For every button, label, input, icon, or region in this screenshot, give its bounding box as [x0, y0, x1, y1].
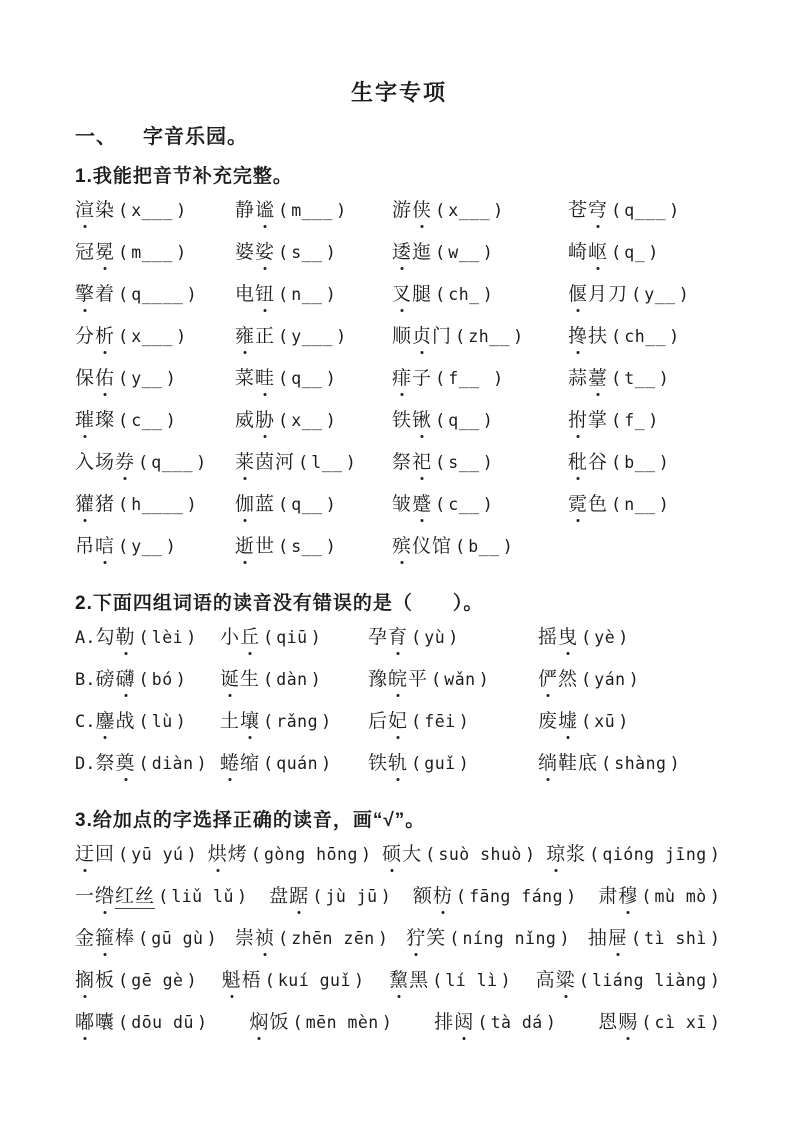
word-item: 擎着(q____) — [75, 282, 235, 307]
word-char: 额 — [413, 884, 433, 908]
q1-label: 1.我能把音节补充完整。 — [75, 165, 723, 188]
word-text: 搁板 — [75, 969, 115, 991]
close-paren: ) — [323, 537, 339, 557]
word-char: 盘 — [269, 884, 289, 908]
open-paren: ( — [429, 971, 445, 991]
word-item: 诞生(dàn) — [220, 667, 368, 692]
pinyin-blank: l__ — [311, 453, 342, 472]
close-paren: ) — [498, 971, 514, 991]
word-char: 肃 — [598, 884, 618, 908]
open-paren: ( — [586, 845, 602, 865]
word-char: 粱 — [556, 968, 576, 992]
close-paren: ) — [183, 285, 199, 305]
word-text: 蒜薹 — [568, 367, 608, 389]
open-paren: ( — [115, 243, 131, 263]
word-text: 莱茵河 — [235, 451, 295, 473]
open-paren: ( — [136, 628, 152, 648]
word-char: 丘 — [240, 625, 260, 649]
word-text: 吊唁 — [75, 535, 115, 557]
word-char: 棒 — [115, 926, 135, 950]
word-char: 回 — [95, 842, 115, 866]
open-paren: ( — [608, 369, 624, 389]
word-item: 抽屉(tì shì) — [588, 926, 723, 951]
pinyin-blank: x___ — [131, 201, 173, 220]
word-item: 祭祀(s__) — [392, 450, 568, 475]
open-paren: ( — [115, 285, 131, 305]
word-text: 俨然 — [538, 668, 578, 690]
word-text: 顺贞门 — [392, 325, 452, 347]
option-letter: C. — [75, 712, 95, 732]
word-text: 磅礴 — [95, 668, 135, 690]
word-text: 祭祀 — [392, 451, 432, 473]
close-paren: ) — [445, 628, 461, 648]
pinyin-blank: w__ — [448, 243, 479, 262]
open-paren: ( — [608, 453, 624, 473]
close-paren: ) — [666, 754, 682, 774]
word-text: 雍正 — [235, 325, 275, 347]
word-text: 小丘 — [220, 626, 260, 648]
word-text: 保佑 — [75, 367, 115, 389]
q3-row: 搁板(gē gè)魁梧(kuí guǐ)黧黑(lí lì)高粱(liáng li… — [75, 968, 723, 1010]
word-char: 掌 — [588, 408, 608, 432]
open-paren: ( — [136, 754, 152, 774]
q2-option-row: B.磅礴(bó)诞生(dàn)豫皖平(wǎn)俨然(yán) — [75, 667, 723, 709]
open-paren: ( — [578, 712, 594, 732]
word-item: 高粱(liáng liàng) — [536, 968, 723, 993]
word-char: 搀 — [568, 324, 588, 348]
word-item: D.祭奠(diàn) — [75, 751, 220, 776]
word-char: 吊 — [75, 534, 95, 558]
word-item: 吊唁(y__) — [75, 534, 235, 559]
open-paren: ( — [275, 285, 291, 305]
word-char: 月 — [588, 282, 608, 306]
word-char: 雍 — [235, 324, 255, 348]
close-paren: ) — [480, 243, 496, 263]
open-paren: ( — [432, 369, 448, 389]
word-item: 黧黑(lí lì) — [389, 968, 514, 993]
open-paren: ( — [608, 411, 624, 431]
open-paren: ( — [275, 929, 291, 949]
word-text: 琼浆 — [546, 843, 586, 865]
word-char: 摇 — [538, 625, 558, 649]
word-char: 孕 — [368, 625, 388, 649]
close-paren: ) — [480, 453, 496, 473]
close-paren: ) — [163, 411, 179, 431]
open-paren: ( — [432, 201, 448, 221]
word-char: 莱 — [235, 450, 255, 474]
open-paren: ( — [275, 495, 291, 515]
close-paren: ) — [194, 754, 210, 774]
pinyin-blank: yū yú — [131, 845, 183, 864]
word-text: 焖饭 — [249, 1011, 289, 1033]
word-item: 额枋(fāng fáng) — [413, 884, 579, 909]
word-text: 盘踞 — [269, 885, 309, 907]
word-text: 摇曳 — [538, 626, 578, 648]
open-paren: ( — [432, 495, 448, 515]
word-item: 搀扶(ch__) — [568, 324, 723, 349]
word-char: 黧 — [389, 968, 409, 992]
word-text: 迂回 — [75, 843, 115, 865]
pinyin-blank: s__ — [291, 243, 322, 262]
word-item: 殡仪馆(b__) — [392, 534, 568, 559]
pinyin-blank: kuí guǐ — [278, 971, 351, 990]
word-text: 拊掌 — [568, 409, 608, 431]
open-paren: ( — [446, 929, 462, 949]
word-text: 废墟 — [538, 710, 578, 732]
word-text: 肃穆 — [598, 885, 638, 907]
close-paren: ) — [480, 285, 496, 305]
word-text: 婆娑 — [235, 241, 275, 263]
open-paren: ( — [428, 670, 444, 690]
word-char: 苍 — [568, 198, 588, 222]
pinyin-blank: x___ — [448, 201, 490, 220]
word-item: 崎岖(q_) — [568, 240, 723, 265]
q2-option-row: D.祭奠(diàn)蜷缩(quán)铁轨(guǐ)绱鞋底(shàng) — [75, 751, 723, 793]
word-text: 叉腿 — [392, 283, 432, 305]
word-char: 奠 — [116, 751, 136, 775]
word-char: 祭 — [95, 751, 115, 775]
word-char: 逝 — [235, 534, 255, 558]
close-paren: ) — [323, 411, 339, 431]
word-char: 铁 — [392, 408, 412, 432]
word-char: 枋 — [433, 884, 453, 908]
word-text: 孕育 — [368, 626, 408, 648]
word-char: 璨 — [95, 408, 115, 432]
pinyin-blank: gē gè — [131, 971, 183, 990]
q1-row: 擎着(q____)电钮(n__)叉腿(ch_)偃月刀(y__) — [75, 282, 723, 324]
word-text: 霓色 — [568, 493, 608, 515]
word-text: 魁梧 — [222, 969, 262, 991]
close-paren: ) — [615, 712, 631, 732]
q1-row: 入场券(q___)莱茵河(l__)祭祀(s__)秕谷(b__) — [75, 450, 723, 492]
close-paren: ) — [510, 327, 526, 347]
word-item: 一绺红丝(liǔ lǔ) — [75, 884, 250, 909]
pinyin-blank: diàn — [152, 754, 194, 773]
word-char: 伽 — [235, 492, 255, 516]
word-text: 后妃 — [368, 710, 408, 732]
word-item: 苍穹(q___) — [568, 198, 723, 223]
word-item: 雍正(y___) — [235, 324, 392, 349]
word-item: 逶迤(w__) — [392, 240, 568, 265]
pinyin-blank: jù jū — [325, 887, 377, 906]
word-char: 高 — [536, 968, 556, 992]
word-char: 威 — [235, 408, 255, 432]
word-char: 笑 — [426, 926, 446, 950]
word-char: 育 — [388, 625, 408, 649]
close-paren: ) — [543, 1013, 559, 1033]
word-char: 保 — [75, 366, 95, 390]
open-paren: ( — [432, 243, 448, 263]
word-text: 一绺红丝 — [75, 885, 155, 907]
pinyin-blank: f_ — [624, 411, 645, 430]
pinyin-blank: bó — [152, 670, 173, 689]
word-item: 蜷缩(quán) — [220, 751, 368, 776]
open-paren: ( — [275, 411, 291, 431]
word-item: 废墟(xū) — [538, 709, 723, 734]
word-text: 璀璨 — [75, 409, 115, 431]
close-paren: ) — [333, 201, 349, 221]
word-char: 刀 — [608, 282, 628, 306]
word-char: 抽 — [588, 926, 608, 950]
word-char: 胁 — [255, 408, 275, 432]
open-paren: ( — [115, 971, 131, 991]
word-item: A.勾勒(lèi) — [75, 625, 220, 650]
pinyin-blank: gū gù — [151, 929, 203, 948]
pinyin-blank: t__ — [624, 369, 655, 388]
pinyin-blank: y__ — [644, 285, 675, 304]
word-char: 薹 — [588, 366, 608, 390]
open-paren: ( — [260, 628, 276, 648]
close-paren: ) — [656, 369, 672, 389]
open-paren: ( — [115, 369, 131, 389]
word-char: 丝 — [135, 884, 155, 909]
word-item: 迂回(yū yú) — [75, 842, 200, 867]
q1-row: 保佑(y__)菜畦(q__)痱子(f__ )蒜薹(t__) — [75, 366, 723, 408]
pinyin-blank: s__ — [448, 453, 479, 472]
word-item: 静谧(m___) — [235, 198, 392, 223]
open-paren: ( — [260, 754, 276, 774]
word-char: 底 — [578, 751, 598, 775]
word-char: 蓝 — [255, 492, 275, 516]
open-paren: ( — [408, 628, 424, 648]
word-char: 子 — [412, 366, 432, 390]
word-item: 菜畦(q__) — [235, 366, 392, 391]
word-char: 梧 — [242, 968, 262, 992]
open-paren: ( — [628, 285, 644, 305]
word-text: 菜畦 — [235, 367, 275, 389]
word-text: 逶迤 — [392, 241, 432, 263]
word-char: 勒 — [116, 625, 136, 649]
word-item: 逝世(s__) — [235, 534, 392, 559]
word-char: 焖 — [249, 1010, 269, 1034]
word-text: 土壤 — [220, 710, 260, 732]
pinyin-blank: b__ — [624, 453, 655, 472]
word-char: 逶 — [392, 240, 412, 264]
word-char: 场 — [95, 450, 115, 474]
open-paren: ( — [608, 495, 624, 515]
word-text: 痱子 — [392, 367, 432, 389]
word-text: 苍穹 — [568, 199, 608, 221]
pinyin-blank: q___ — [151, 453, 193, 472]
open-paren: ( — [638, 887, 654, 907]
pinyin-blank: cì xī — [655, 1013, 707, 1032]
word-text: 排闼 — [434, 1011, 474, 1033]
pinyin-blank: c__ — [448, 495, 479, 514]
open-paren: ( — [135, 453, 151, 473]
word-item: 俨然(yán) — [538, 667, 723, 692]
open-paren: ( — [115, 495, 131, 515]
open-paren: ( — [248, 845, 264, 865]
word-char: 恩 — [598, 1010, 618, 1034]
word-char: 曳 — [558, 625, 578, 649]
word-char: 冕 — [95, 240, 115, 264]
word-char: 擎 — [75, 282, 95, 306]
open-paren: ( — [408, 754, 424, 774]
word-char: 硕 — [382, 842, 402, 866]
open-paren: ( — [598, 754, 614, 774]
pinyin-blank: liǔ lǔ — [171, 887, 234, 906]
open-paren: ( — [452, 537, 468, 557]
word-char: 然 — [558, 667, 578, 691]
word-char: 轨 — [388, 751, 408, 775]
word-item: 婆娑(s__) — [235, 240, 392, 265]
open-paren: ( — [135, 929, 151, 949]
close-paren: ) — [707, 845, 723, 865]
close-paren: ) — [343, 453, 359, 473]
q2-option-row: A.勾勒(lèi)小丘(qiū)孕育(yù)摇曳(yè) — [75, 625, 723, 667]
word-text: 逝世 — [235, 535, 275, 557]
word-text: 分析 — [75, 325, 115, 347]
word-char: 岖 — [588, 240, 608, 264]
pinyin-blank: guǐ — [424, 754, 455, 773]
word-char: 鞋 — [558, 751, 578, 775]
word-char: 箍 — [95, 926, 115, 950]
close-paren: ) — [323, 495, 339, 515]
open-paren: ( — [432, 411, 448, 431]
open-paren: ( — [115, 411, 131, 431]
word-item: 痱子(f__ ) — [392, 366, 568, 391]
word-item: 秕谷(b__) — [568, 450, 723, 475]
word-char: 钮 — [255, 282, 275, 306]
q1-row: 吊唁(y__)逝世(s__)殡仪馆(b__) — [75, 534, 723, 576]
word-char: 静 — [235, 198, 255, 222]
word-char: 世 — [255, 534, 275, 558]
word-item: 孕育(yù) — [368, 625, 538, 650]
word-char: 琼 — [546, 842, 566, 866]
pinyin-blank: q__ — [291, 369, 322, 388]
close-paren: ) — [163, 537, 179, 557]
open-paren: ( — [260, 670, 276, 690]
word-char: 殡 — [392, 534, 412, 558]
pinyin-blank: q____ — [131, 285, 183, 304]
q3-row: 金箍棒(gū gù)崇祯(zhēn zēn)狞笑(níng nǐng)抽屉(tì… — [75, 926, 723, 968]
word-item: 硕大(suò shuò) — [382, 842, 538, 867]
word-char: 蒜 — [568, 366, 588, 390]
open-paren: ( — [422, 845, 438, 865]
word-item: 叉腿(ch_) — [392, 282, 568, 307]
word-char: 磅 — [95, 667, 115, 691]
open-paren: ( — [295, 453, 311, 473]
word-item: 土壤(rǎng) — [220, 709, 368, 734]
pinyin-blank: c__ — [131, 411, 162, 430]
q3-row: 迂回(yū yú)烘烤(gòng hōng)硕大(suò shuò)琼浆(qió… — [75, 842, 723, 884]
word-char: 浆 — [566, 842, 586, 866]
word-text: 入场券 — [75, 451, 135, 473]
pinyin-blank: qiū — [276, 628, 307, 647]
word-item: 嘟囔(dōu dū) — [75, 1010, 210, 1035]
pinyin-blank: q__ — [448, 411, 479, 430]
word-item: 恩赐(cì xī) — [598, 1010, 723, 1035]
word-char: 券 — [115, 450, 135, 474]
word-char: 獾 — [75, 492, 95, 516]
close-paren: ) — [323, 243, 339, 263]
word-char: 扶 — [588, 324, 608, 348]
word-char: 入 — [75, 450, 95, 474]
word-char: 祭 — [392, 450, 412, 474]
close-paren: ) — [308, 628, 324, 648]
pinyin-blank: qióng jīng — [602, 845, 706, 864]
word-char: 勾 — [95, 625, 115, 649]
pinyin-blank: quán — [276, 754, 318, 773]
close-paren: ) — [707, 1013, 723, 1033]
pinyin-blank: gòng hōng — [264, 845, 358, 864]
close-paren: ) — [490, 369, 506, 389]
word-item: 冠冕(m___) — [75, 240, 235, 265]
word-char: 赐 — [618, 1010, 638, 1034]
word-char: 秕 — [568, 450, 588, 474]
word-char: 拊 — [568, 408, 588, 432]
word-char: 废 — [538, 709, 558, 733]
word-item: 渲染(x___) — [75, 198, 235, 223]
word-char: 崎 — [568, 240, 588, 264]
word-text: 冠冕 — [75, 241, 115, 263]
word-char: 谧 — [255, 198, 275, 222]
open-paren: ( — [452, 327, 468, 347]
pinyin-blank: q_ — [624, 243, 645, 262]
close-paren: ) — [707, 971, 723, 991]
close-paren: ) — [173, 243, 189, 263]
word-item: 分析(x___) — [75, 324, 235, 349]
close-paren: ) — [318, 712, 334, 732]
close-paren: ) — [456, 754, 472, 774]
word-item: 保佑(y__) — [75, 366, 235, 391]
word-text: 高粱 — [536, 969, 576, 991]
pinyin-blank: lí lì — [445, 971, 497, 990]
word-char: 霓 — [568, 492, 588, 516]
pinyin-blank: x___ — [131, 327, 173, 346]
word-char: 馆 — [432, 534, 452, 558]
word-char: 妃 — [388, 709, 408, 733]
close-paren: ) — [666, 327, 682, 347]
word-item: 后妃(fēi) — [368, 709, 538, 734]
close-paren: ) — [173, 712, 189, 732]
pinyin-blank: zh__ — [468, 327, 510, 346]
word-text: 烘烤 — [208, 843, 248, 865]
word-char: 穹 — [588, 198, 608, 222]
word-char: 茵 — [255, 450, 275, 474]
open-paren: ( — [453, 887, 469, 907]
pinyin-blank: liáng liàng — [592, 971, 707, 990]
word-char: 叉 — [392, 282, 412, 306]
word-char: 黑 — [409, 968, 429, 992]
open-paren: ( — [115, 845, 131, 865]
close-paren: ) — [707, 887, 723, 907]
q2-option-list: A.勾勒(lèi)小丘(qiū)孕育(yù)摇曳(yè)B.磅礴(bó)诞生(d… — [75, 625, 723, 793]
pinyin-blank: ch_ — [448, 285, 479, 304]
word-text: 威胁 — [235, 409, 275, 431]
q1-row: 獾猪(h____)伽蓝(q__)皱蹙(c__)霓色(n__) — [75, 492, 723, 534]
option-letter: D. — [75, 754, 95, 774]
word-char: 畦 — [255, 366, 275, 390]
open-paren: ( — [275, 369, 291, 389]
word-char: 烤 — [228, 842, 248, 866]
word-char: 缩 — [240, 751, 260, 775]
word-text: 狞笑 — [406, 927, 446, 949]
close-paren: ) — [626, 670, 642, 690]
word-char: 染 — [95, 198, 115, 222]
open-paren: ( — [576, 971, 592, 991]
word-item: 焖饭(mēn mèn) — [249, 1010, 395, 1035]
close-paren: ) — [378, 887, 394, 907]
close-paren: ) — [173, 670, 189, 690]
word-char: 门 — [432, 324, 452, 348]
close-paren: ) — [563, 887, 579, 907]
close-paren: ) — [193, 453, 209, 473]
pinyin-blank: tà dá — [491, 1013, 543, 1032]
word-char: 诞 — [220, 667, 240, 691]
word-char: 痱 — [392, 366, 412, 390]
close-paren: ) — [323, 369, 339, 389]
